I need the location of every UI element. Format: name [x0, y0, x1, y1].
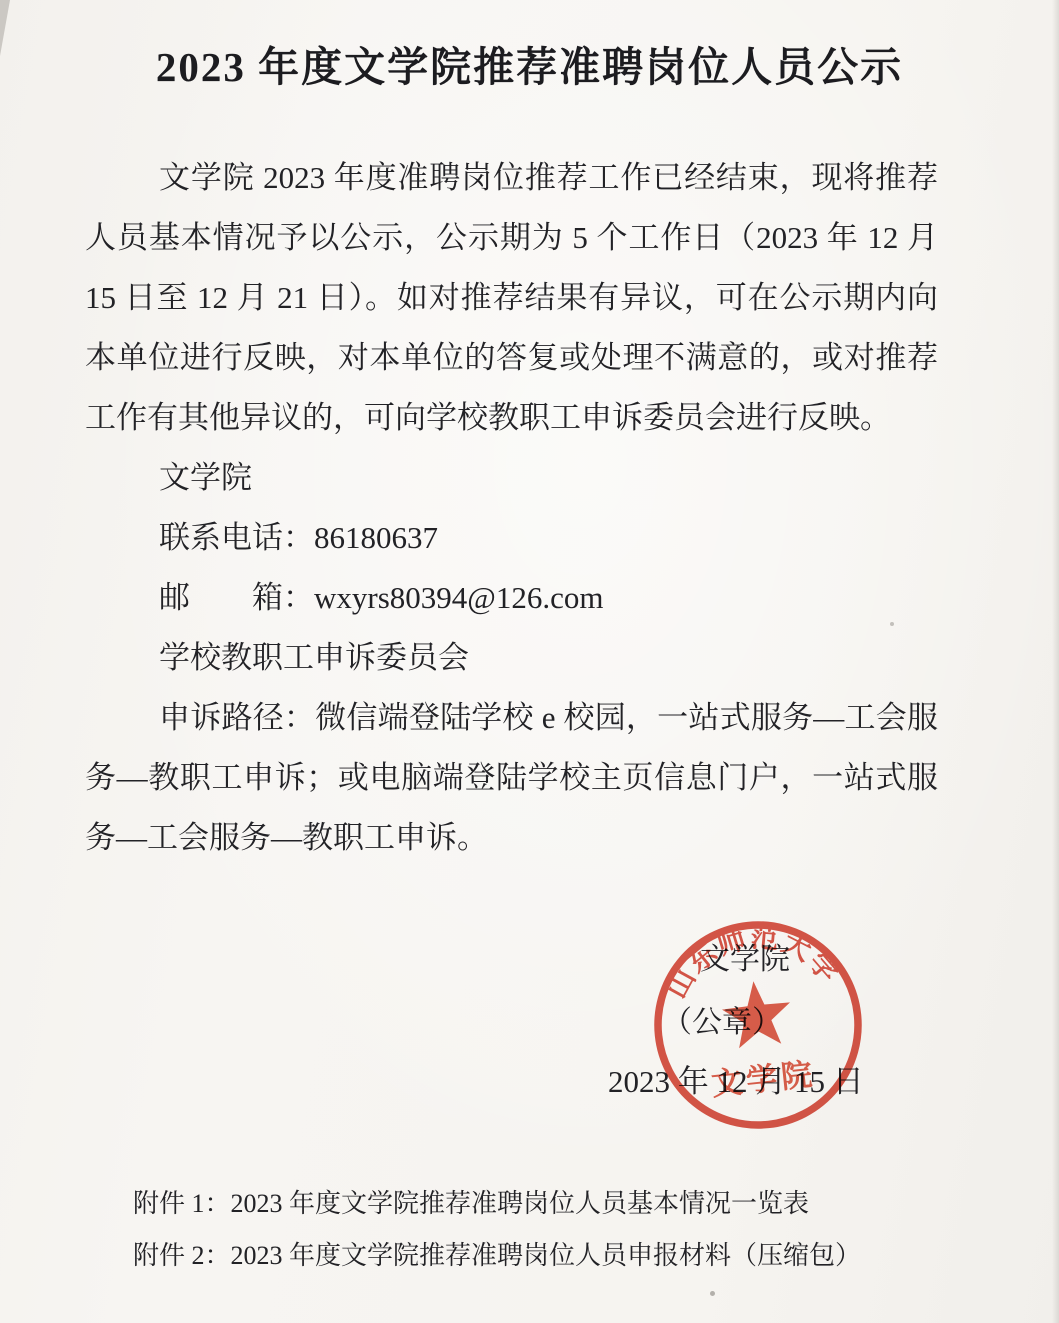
- attachment-line: 附件 1：2023 年度文学院推荐准聘岗位人员基本情况一览表: [133, 1178, 1013, 1230]
- appeal-path-line: 申诉路径：微信端登陆学校 e 校园，一站式服务—工会服: [85, 688, 938, 748]
- body-line: 15 日至 12 月 21 日）。如对推荐结果有异议，可在公示期内向: [85, 268, 938, 328]
- signature-org: 文学院: [700, 934, 790, 978]
- appeal-path-line: 务—教职工申诉；或电脑端登陆学校主页信息门户，一站式服: [85, 748, 938, 808]
- scan-speck: [890, 622, 894, 626]
- document-page: 2023 年度文学院推荐准聘岗位人员公示 文学院 2023 年度准聘岗位推荐工作…: [0, 0, 1059, 1323]
- scan-edge-shadow: [1052, 0, 1059, 1323]
- attachment-line: 附件 2：2023 年度文学院推荐准聘岗位人员申报材料（压缩包）: [133, 1230, 1013, 1282]
- body-line: 人员基本情况予以公示，公示期为 5 个工作日（2023 年 12 月: [85, 208, 938, 268]
- scan-speck: [710, 1291, 715, 1296]
- page-title: 2023 年度文学院推荐准聘岗位人员公示: [0, 34, 1059, 93]
- org-name-line: 文学院: [85, 448, 938, 508]
- notice-body: 文学院 2023 年度准聘岗位推荐工作已经结束，现将推荐 人员基本情况予以公示，…: [85, 148, 938, 868]
- body-line: 文学院 2023 年度准聘岗位推荐工作已经结束，现将推荐: [85, 148, 938, 208]
- phone-line: 联系电话：86180637: [85, 508, 938, 568]
- appeal-path-line: 务—工会服务—教职工申诉。: [85, 808, 938, 868]
- attachments-list: 附件 1：2023 年度文学院推荐准聘岗位人员基本情况一览表 附件 2：2023…: [133, 1178, 1013, 1282]
- email-line: 邮 箱：wxyrs80394@126.com: [85, 568, 938, 628]
- body-line: 本单位进行反映，对本单位的答复或处理不满意的，或对推荐: [85, 328, 938, 388]
- committee-line: 学校教职工申诉委员会: [85, 628, 938, 688]
- signature-date: 2023 年 12 月 15 日: [608, 1056, 864, 1101]
- signature-seal-note: （公章）: [662, 997, 782, 1041]
- body-line: 工作有其他异议的，可向学校教职工申诉委员会进行反映。: [85, 388, 938, 448]
